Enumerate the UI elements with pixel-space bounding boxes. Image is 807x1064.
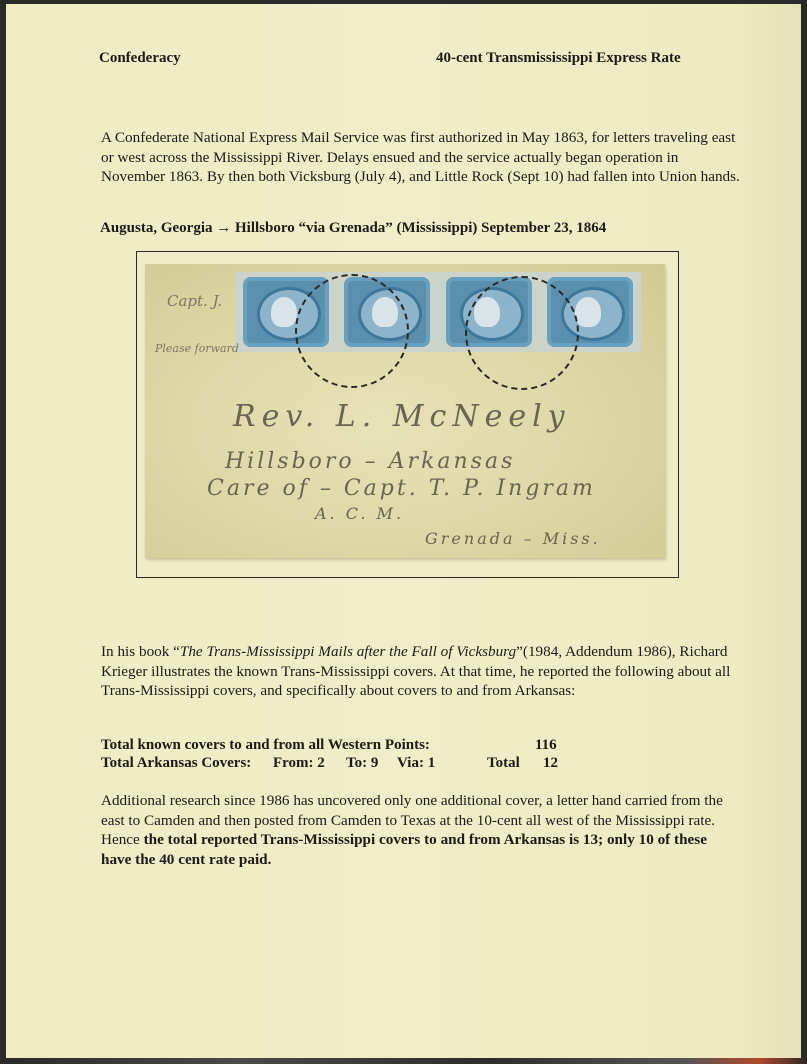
postmark-icon: [465, 276, 579, 390]
conclusion-paragraph: Additional research since 1986 has uncov…: [101, 791, 741, 869]
book-paragraph: In his book “The Trans-Mississippi Mails…: [101, 642, 741, 701]
cover-caption: Augusta, Georgia → Hillsboro “via Grenad…: [100, 220, 606, 237]
exhibit-page: Confederacy 40-cent Transmississippi Exp…: [6, 4, 801, 1058]
western-total-row: Total known covers to and from all Weste…: [101, 736, 571, 754]
scan-edge: [0, 1058, 807, 1064]
conclusion-emphasis: the total reported Trans-Mississippi cov…: [101, 831, 707, 868]
arkansas-to: To: 9: [346, 754, 378, 772]
docketing-text: Please forward: [155, 342, 239, 355]
western-value: 116: [535, 736, 557, 754]
address-line: A. C. M.: [315, 504, 404, 523]
arkansas-total-label: Total: [487, 754, 520, 772]
intro-paragraph: A Confederate National Express Mail Serv…: [101, 128, 741, 187]
cover-statistics: Total known covers to and from all Weste…: [101, 736, 571, 772]
arkansas-via: Via: 1: [397, 754, 435, 772]
western-label: Total known covers to and from all Weste…: [101, 736, 430, 754]
arkansas-total-value: 12: [543, 754, 558, 772]
arkansas-total-row: Total Arkansas Covers: From: 2 To: 9 Via…: [101, 754, 571, 772]
arkansas-from: From: 2: [273, 754, 325, 772]
address-line: Grenada – Miss.: [425, 529, 601, 548]
arkansas-label: Total Arkansas Covers:: [101, 754, 251, 772]
header-right: 40-cent Transmississippi Express Rate: [436, 50, 681, 67]
postmark-icon: [295, 274, 409, 388]
address-line: Rev. L. McNeely: [233, 399, 571, 434]
header-left: Confederacy: [99, 50, 181, 67]
book-title: The Trans-Mississippi Mails after the Fa…: [180, 643, 516, 660]
docketing-text: Capt. J.: [167, 292, 222, 310]
cover-envelope: Capt. J. Please forward Rev. L. McNeely …: [145, 264, 665, 558]
address-line: Hillsboro – Arkansas: [225, 449, 515, 474]
address-line: Care of – Capt. T. P. Ingram: [207, 476, 596, 501]
cover-image-frame: Capt. J. Please forward Rev. L. McNeely …: [136, 251, 679, 578]
